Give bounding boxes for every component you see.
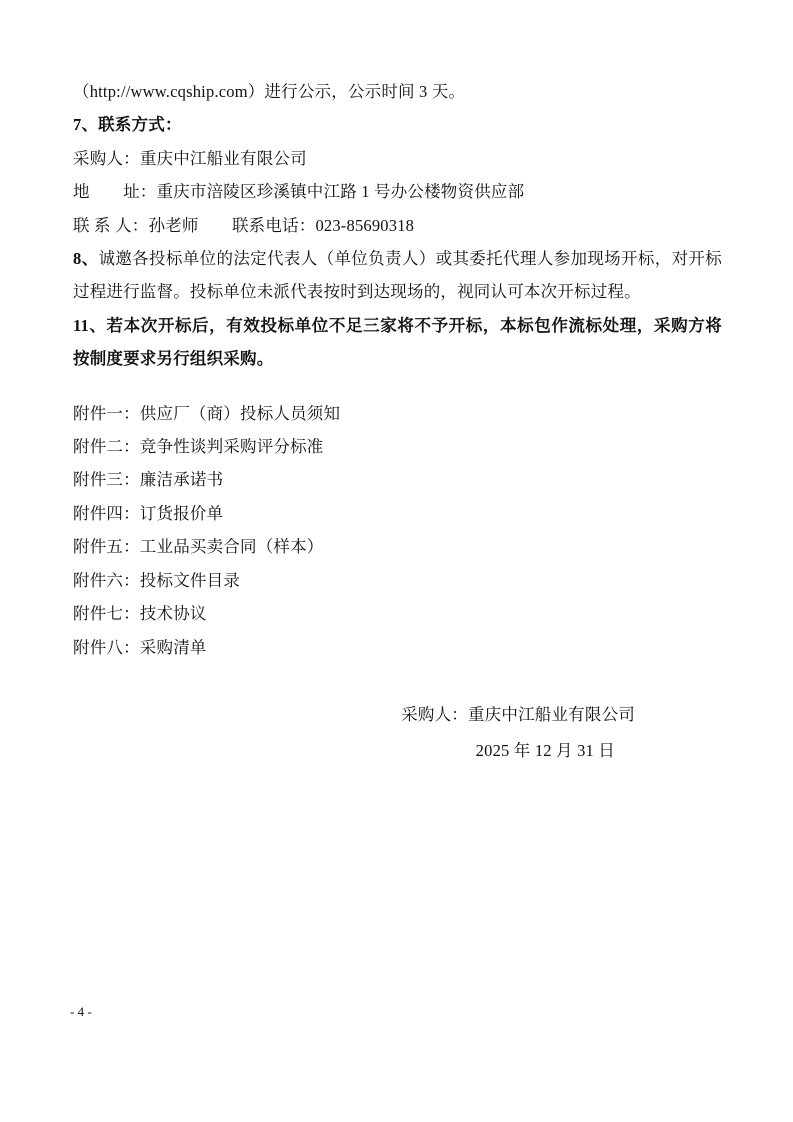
attachment-item-5: 附件五：工业品买卖合同（样本） bbox=[73, 530, 722, 563]
section11-paragraph: 11、若本次开标后，有效投标单位不足三家将不予开标，本标包作流标处理，采购方将按… bbox=[73, 309, 722, 376]
signature-date: 2025 年 12 月 31 日 bbox=[73, 733, 722, 769]
section8-text: 诚邀各投标单位的法定代表人（单位负责人）或其委托代理人参加现场开标，对开标过程进… bbox=[73, 249, 722, 301]
page-number: - 4 - bbox=[70, 1002, 92, 1022]
signature-buyer: 采购人：重庆中江船业有限公司 bbox=[73, 697, 722, 733]
section7-heading: 7、联系方式： bbox=[73, 108, 722, 141]
document-page: （http://www.cqship.com）进行公示，公示时间 3 天。 7、… bbox=[0, 0, 793, 1122]
contact-person-line: 联 系 人：孙老师 联系电话：023-85690318 bbox=[73, 209, 722, 242]
buyer-line: 采购人：重庆中江船业有限公司 bbox=[73, 142, 722, 175]
section8-number: 8、 bbox=[73, 249, 98, 268]
attachment-item-7: 附件七：技术协议 bbox=[73, 597, 722, 630]
attachment-item-2: 附件二：竞争性谈判采购评分标准 bbox=[73, 430, 722, 463]
intro-continuation-line: （http://www.cqship.com）进行公示，公示时间 3 天。 bbox=[73, 75, 722, 108]
attachments-list: 附件一：供应厂（商）投标人员须知 附件二：竞争性谈判采购评分标准 附件三：廉洁承… bbox=[73, 397, 722, 664]
address-line: 地 址：重庆市涪陵区珍溪镇中江路 1 号办公楼物资供应部 bbox=[73, 175, 722, 208]
attachment-item-4: 附件四：订货报价单 bbox=[73, 497, 722, 530]
signature-block: 采购人：重庆中江船业有限公司 2025 年 12 月 31 日 bbox=[73, 697, 722, 769]
attachment-item-3: 附件三：廉洁承诺书 bbox=[73, 463, 722, 496]
attachment-item-1: 附件一：供应厂（商）投标人员须知 bbox=[73, 397, 722, 430]
attachment-item-6: 附件六：投标文件目录 bbox=[73, 564, 722, 597]
document-body: （http://www.cqship.com）进行公示，公示时间 3 天。 7、… bbox=[73, 75, 722, 769]
attachment-item-8: 附件八：采购清单 bbox=[73, 631, 722, 664]
section8-paragraph: 8、诚邀各投标单位的法定代表人（单位负责人）或其委托代理人参加现场开标，对开标过… bbox=[73, 242, 722, 309]
